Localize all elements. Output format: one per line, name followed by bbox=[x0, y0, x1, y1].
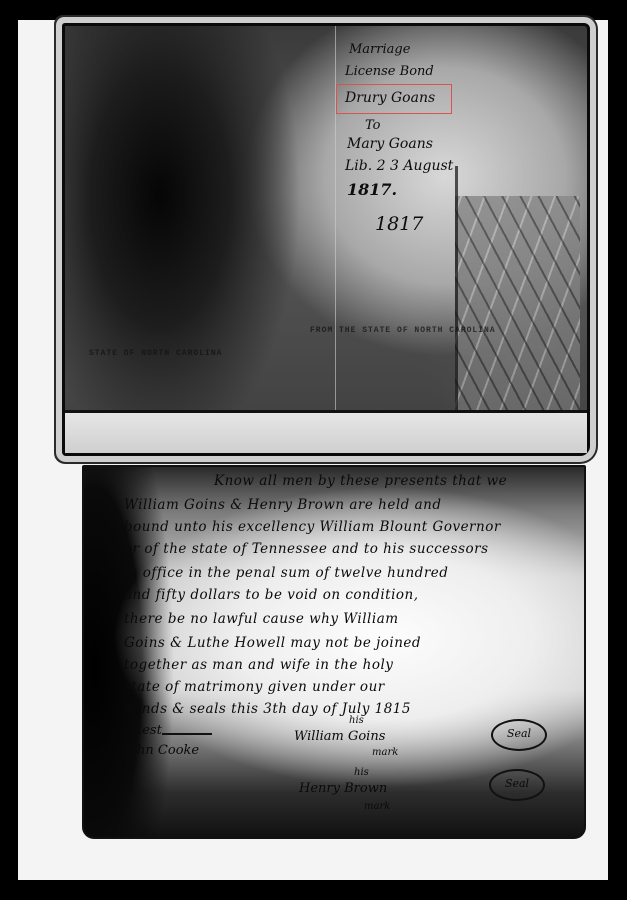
witness-signature: John Cooke bbox=[124, 743, 199, 758]
crumpled-paper-area bbox=[455, 196, 580, 446]
bond-line: in office in the penal sum of twelve hun… bbox=[124, 565, 448, 581]
bond-line: bound unto his excellency William Blount… bbox=[124, 519, 501, 535]
signer-name: Henry Brown bbox=[299, 781, 387, 796]
docket-year-large: 1817 bbox=[375, 213, 423, 235]
bond-line: Know all men by these presents that we bbox=[214, 473, 507, 489]
bond-line: and fifty dollars to be void on conditio… bbox=[124, 587, 419, 603]
punch-hole-mark bbox=[54, 56, 59, 61]
wax-seal-icon: Seal bbox=[491, 719, 547, 751]
name-highlight-box[interactable] bbox=[336, 84, 452, 114]
wax-seal-icon: Seal bbox=[489, 769, 545, 801]
bond-line: together as man and wife in the holy bbox=[124, 657, 393, 673]
docket-bride-name: Mary Goans bbox=[347, 136, 433, 152]
attest-label: attest bbox=[124, 723, 162, 738]
bond-line: there be no lawful cause why William bbox=[124, 611, 399, 627]
docket-title: Marriage bbox=[349, 42, 410, 57]
printed-subheading: STATE OF NORTH CAROLINA bbox=[89, 349, 222, 358]
signer-his: his bbox=[349, 715, 364, 726]
docket-year: 1817. bbox=[347, 180, 397, 199]
docket-license-date: Lib. 2 3 August bbox=[345, 158, 453, 174]
attest-underline bbox=[162, 733, 212, 735]
docket-subtitle: License Bond bbox=[345, 64, 434, 79]
docket-to: To bbox=[365, 118, 381, 133]
marriage-bond-text-page: Know all men by these presents that we W… bbox=[82, 465, 586, 839]
bond-line: William Goins & Henry Brown are held and bbox=[124, 497, 441, 513]
marriage-bond-docket-page: FROM THE STATE OF NORTH CAROLINA STATE O… bbox=[62, 23, 590, 456]
bond-line: or of the state of Tennessee and to his … bbox=[124, 541, 489, 557]
printed-heading: FROM THE STATE OF NORTH CAROLINA bbox=[310, 326, 496, 335]
lower-fold-strip bbox=[65, 410, 587, 453]
bond-line: state of matrimony given under our bbox=[124, 679, 385, 695]
fold-line bbox=[455, 166, 458, 446]
bond-line: hands & seals this 3th day of July 1815 bbox=[124, 701, 411, 717]
signer-name: William Goins bbox=[294, 729, 385, 744]
signer-his: his bbox=[354, 767, 369, 778]
signer-mark: mark bbox=[372, 747, 398, 758]
docket-annotation: Marriage License Bond Drury Goans To Mar… bbox=[335, 38, 455, 238]
signer-mark: mark bbox=[364, 801, 390, 812]
bond-line: Goins & Luthe Howell may not be joined bbox=[124, 635, 421, 651]
